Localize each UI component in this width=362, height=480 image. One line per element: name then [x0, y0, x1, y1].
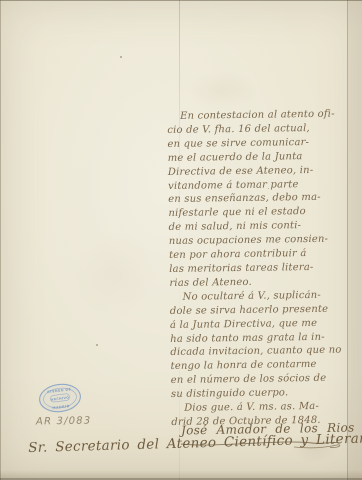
- archive-reference-number: AR 3/083: [36, 416, 92, 428]
- ink-speck: [120, 56, 122, 58]
- paper-stain: [188, 70, 258, 110]
- letter-body-text: En contestacion al atento ofi-cio de V. …: [167, 107, 362, 430]
- ink-speck: [96, 344, 98, 346]
- archive-stamp: ATENEO DE ARCHIVO MADRID: [36, 380, 83, 415]
- letter-line: En contestacion al atento ofi-: [167, 107, 361, 124]
- scan-edge-bottom-shadow: [0, 470, 362, 478]
- paper-stain: [70, 230, 160, 320]
- scan-edge-left: [0, 0, 1, 480]
- letter-page: En contestacion al atento ofi-cio de V. …: [0, 0, 362, 480]
- scan-edge-top: [0, 0, 362, 1]
